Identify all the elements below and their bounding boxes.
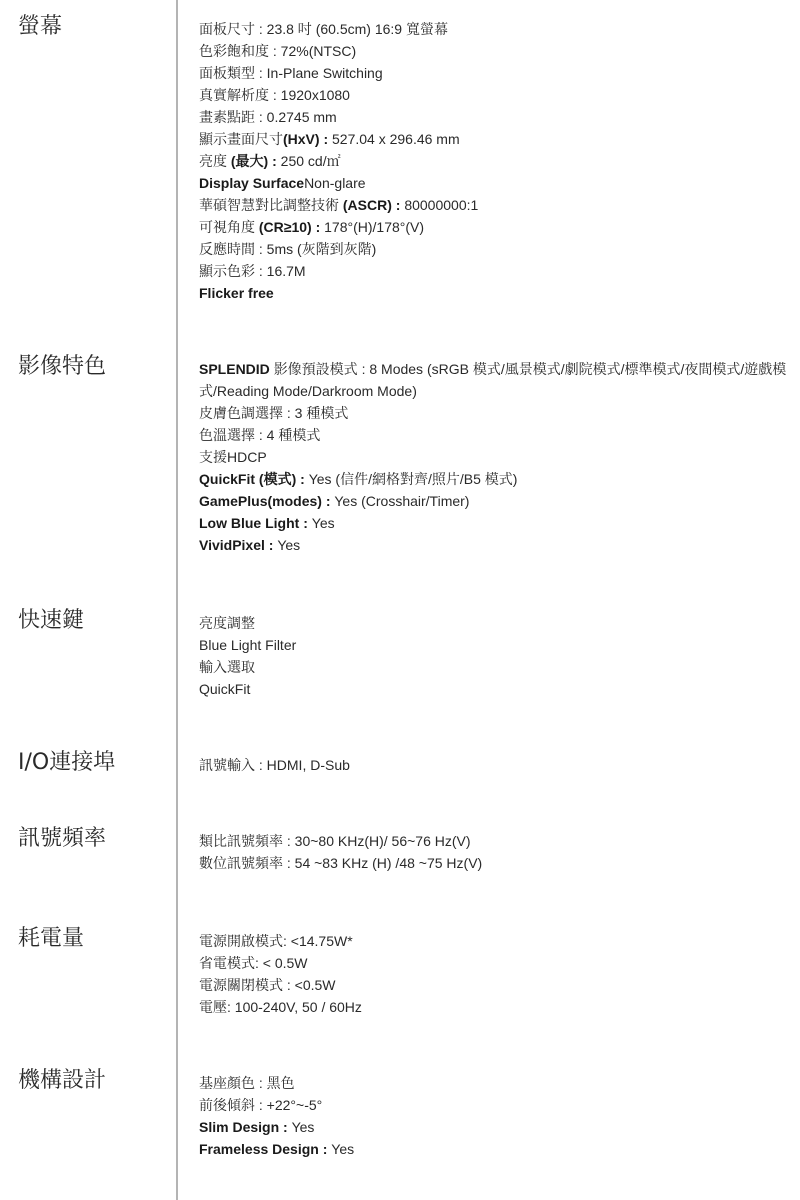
- spec-power-on: 電源開啟模式: <14.75W*: [199, 930, 789, 952]
- spec-frameless-design: Frameless Design : Yes: [199, 1138, 789, 1160]
- hotkey-input-select: 輸入選取: [199, 656, 789, 678]
- section-label: 耗電量: [18, 926, 84, 952]
- spec-vividpixel: VividPixel : Yes: [199, 534, 789, 556]
- spec-panel-type: 面板類型 : In-Plane Switching: [199, 62, 789, 84]
- spec-skin-tone: 皮膚色調選擇 : 3 種模式: [199, 402, 789, 424]
- spec-signal-input: 訊號輸入 : HDMI, D-Sub: [199, 754, 789, 776]
- spec-hdcp: 支援HDCP: [199, 446, 789, 468]
- section-content: SPLENDID 影像預設模式 : 8 Modes (sRGB 模式/風景模式/…: [199, 358, 789, 556]
- spec-color-temp: 色溫選擇 : 4 種模式: [199, 424, 789, 446]
- spec-slim-design: Slim Design : Yes: [199, 1116, 789, 1138]
- spec-gameplus: GamePlus(modes) : Yes (Crosshair/Timer): [199, 490, 789, 512]
- hotkey-quickfit: QuickFit: [199, 678, 789, 700]
- spec-brightness: 亮度 (最大) : 250 cd/㎡: [199, 150, 789, 172]
- spec-analog-frequency: 類比訊號頻率 : 30~80 KHz(H)/ 56~76 Hz(V): [199, 830, 789, 852]
- section-content: 類比訊號頻率 : 30~80 KHz(H)/ 56~76 Hz(V) 數位訊號頻…: [199, 830, 789, 874]
- spec-display-surface: Display SurfaceNon-glare: [199, 172, 789, 194]
- section-label: 訊號頻率: [18, 826, 106, 852]
- spec-stand-color: 基座顏色 : 黑色: [199, 1072, 789, 1094]
- spec-display-area: 顯示畫面尺寸(HxV) : 527.04 x 296.46 mm: [199, 128, 789, 150]
- section-label: I/O連接埠: [18, 750, 115, 776]
- spec-ascr: 華碩智慧對比調整技術 (ASCR) : 80000000:1: [199, 194, 789, 216]
- section-content: 基座顏色 : 黑色 前後傾斜 : +22°~-5° Slim Design : …: [199, 1072, 789, 1160]
- section-label: 影像特色: [18, 354, 106, 380]
- section-label: 快速鍵: [18, 608, 84, 634]
- spec-flicker-free: Flicker free: [199, 282, 789, 304]
- spec-splendid: SPLENDID 影像預設模式 : 8 Modes (sRGB 模式/風景模式/…: [199, 358, 789, 402]
- section-label: 螢幕: [18, 14, 62, 40]
- spec-power-saving: 省電模式: < 0.5W: [199, 952, 789, 974]
- section-content: 訊號輸入 : HDMI, D-Sub: [199, 754, 789, 776]
- spec-low-blue-light: Low Blue Light : Yes: [199, 512, 789, 534]
- spec-voltage: 電壓: 100-240V, 50 / 60Hz: [199, 996, 789, 1018]
- hotkey-blue-light-filter: Blue Light Filter: [199, 634, 789, 656]
- section-content: 面板尺寸 : 23.8 吋 (60.5cm) 16:9 寬螢幕 色彩飽和度 : …: [199, 18, 789, 304]
- spec-resolution: 真實解析度 : 1920x1080: [199, 84, 789, 106]
- spec-panel-size: 面板尺寸 : 23.8 吋 (60.5cm) 16:9 寬螢幕: [199, 18, 789, 40]
- spec-pixel-pitch: 畫素點距 : 0.2745 mm: [199, 106, 789, 128]
- spec-color-saturation: 色彩飽和度 : 72%(NTSC): [199, 40, 789, 62]
- section-content: 亮度調整 Blue Light Filter 輸入選取 QuickFit: [199, 612, 789, 700]
- hotkey-brightness: 亮度調整: [199, 612, 789, 634]
- spec-power-off: 電源關閉模式 : <0.5W: [199, 974, 789, 996]
- column-divider: [176, 0, 178, 1200]
- spec-tilt: 前後傾斜 : +22°~-5°: [199, 1094, 789, 1116]
- spec-viewing-angle: 可視角度 (CR≥10) : 178°(H)/178°(V): [199, 216, 789, 238]
- spec-quickfit: QuickFit (模式) : Yes (信件/網格對齊/照片/B5 模式): [199, 468, 789, 490]
- spec-digital-frequency: 數位訊號頻率 : 54 ~83 KHz (H) /48 ~75 Hz(V): [199, 852, 789, 874]
- spec-response-time: 反應時間 : 5ms (灰階到灰階): [199, 238, 789, 260]
- section-label: 機構設計: [18, 1068, 106, 1094]
- section-content: 電源開啟模式: <14.75W* 省電模式: < 0.5W 電源關閉模式 : <…: [199, 930, 789, 1018]
- spec-display-colors: 顯示色彩 : 16.7M: [199, 260, 789, 282]
